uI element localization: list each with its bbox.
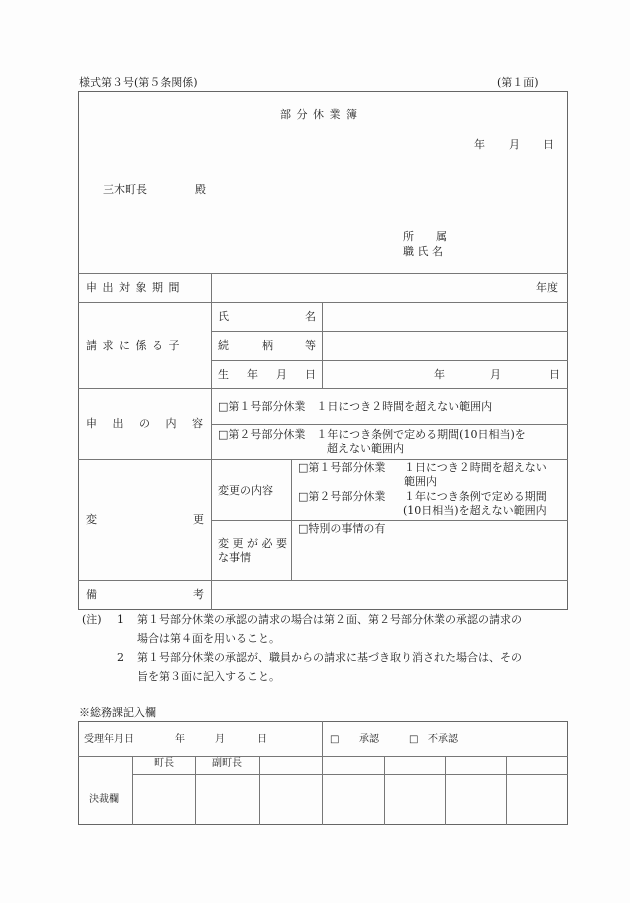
stamp-cell-mayor[interactable] [133, 775, 195, 824]
affiliation-label: 所 属 [403, 230, 447, 244]
note-1-number: 1 [117, 613, 124, 627]
birth-label-2: 年 [247, 368, 258, 382]
note-2-line2: 旨を第３面に記入すること。 [137, 670, 280, 684]
content-option-2-line1[interactable]: □第２号部分休業 １年につき条例で定める期間(10日相当)を [218, 428, 526, 442]
approver-deputy-mayor: 副町長 [212, 757, 242, 771]
period-label: 申 出 対 象 期 間 [86, 281, 180, 295]
form-number: 様式第３号(第５条関係) [79, 76, 198, 90]
remarks-label-left: 備 [86, 588, 97, 602]
reject-checkbox[interactable]: □ [409, 733, 418, 747]
change-reason-label-2: な事情 [218, 551, 251, 565]
date-day: 日 [543, 138, 554, 152]
change-opt1-b: １日につき２時間を超えない [404, 461, 547, 475]
approver-mayor: 町長 [154, 757, 174, 771]
stamp-cell-deputy-mayor[interactable] [196, 775, 259, 824]
received-date-label: 受理年月日 [84, 733, 134, 747]
change-opt2-a[interactable]: □第２号部分休業 [298, 490, 385, 504]
remarks-field[interactable] [212, 581, 567, 609]
honorific: 殿 [195, 183, 206, 197]
child-name-label-2: 名 [305, 310, 316, 324]
received-year: 年 [175, 733, 185, 747]
content-option-1[interactable]: □第１号部分休業 １日につき２時間を超えない範囲内 [218, 400, 492, 414]
birth-label-1: 生 [218, 368, 229, 382]
child-name-field[interactable] [323, 303, 567, 331]
addressee: 三木町長 [103, 183, 147, 197]
stamp-cell-4[interactable] [323, 775, 384, 824]
change-label-right: 更 [193, 513, 204, 527]
page-label: (第１面) [497, 76, 539, 90]
content-label: 申 出 の 内 容 [86, 417, 209, 431]
reject-label: 不承認 [428, 733, 458, 747]
remarks-label-right: 考 [193, 588, 204, 602]
content-option-2-line2: 超えない範囲内 [327, 442, 404, 456]
divider [211, 520, 568, 521]
birth-day: 日 [549, 368, 560, 382]
office-section-title: ※総務課記入欄 [79, 706, 156, 720]
birth-label-3: 月 [276, 368, 287, 382]
stamp-cell-6[interactable] [446, 775, 506, 824]
divider [211, 360, 568, 361]
change-content-label: 変更の内容 [218, 484, 273, 498]
birth-year: 年 [434, 368, 445, 382]
decision-label: 決裁欄 [89, 793, 119, 807]
received-month: 月 [215, 733, 225, 747]
child-name-label-1: 氏 [218, 310, 229, 324]
change-opt2-c: (10日相当)を超えない範囲内 [403, 504, 547, 518]
divider [78, 756, 568, 757]
date-year: 年 [474, 138, 485, 152]
approve-label: 承認 [359, 733, 379, 747]
divider [78, 273, 568, 274]
stamp-cell-3[interactable] [260, 775, 322, 824]
form-title: 部 分 休 業 簿 [280, 108, 358, 122]
birth-month: 月 [490, 368, 501, 382]
change-reason-label-1: 変 更 が 必 要 [218, 537, 287, 551]
divider [211, 424, 568, 425]
received-day: 日 [257, 733, 267, 747]
note-1-line2: 場合は第４面を用いること。 [137, 632, 280, 646]
relation-field[interactable] [323, 332, 567, 360]
divider [78, 459, 568, 460]
relation-label-1: 続 [218, 339, 229, 353]
stamp-cell-5[interactable] [385, 775, 445, 824]
change-opt2-b: １年につき条例で定める期間 [404, 490, 547, 504]
note-2-number: 2 [117, 651, 124, 665]
change-reason-option[interactable]: □特別の事情の有 [298, 522, 385, 536]
divider [78, 388, 568, 389]
period-suffix: 年度 [536, 281, 558, 295]
note-1-line1: 第１号部分休業の承認の請求の場合は第２面、第２号部分休業の承認の請求の [137, 613, 522, 627]
approve-checkbox[interactable]: □ [330, 733, 339, 747]
date-month: 月 [509, 138, 520, 152]
divider [211, 273, 212, 610]
name-label: 職 氏 名 [403, 245, 443, 259]
change-opt1-a[interactable]: □第１号部分休業 [298, 461, 385, 475]
relation-label-3: 等 [305, 339, 316, 353]
notes-prefix: (注) [82, 613, 102, 627]
birth-label-4: 日 [305, 368, 316, 382]
stamp-cell-7[interactable] [507, 775, 567, 824]
change-opt1-c: 範囲内 [404, 475, 437, 489]
relation-label-2: 柄 [262, 339, 273, 353]
change-label-left: 変 [86, 513, 97, 527]
note-2-line1: 第１号部分休業の承認が、職員からの請求に基づき取り消された場合は、その [137, 651, 522, 665]
child-label: 請 求 に 係 る 子 [86, 339, 180, 353]
